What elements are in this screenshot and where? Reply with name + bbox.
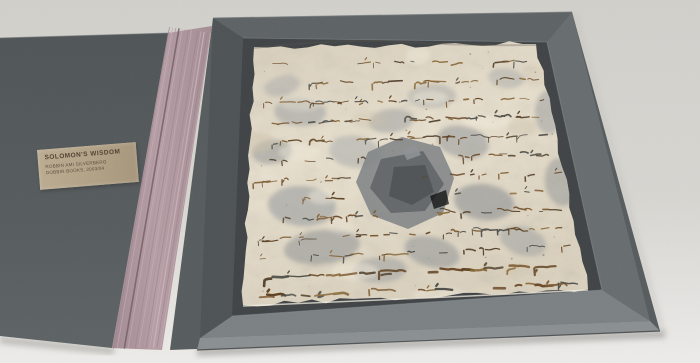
label-title-text: SOLOMON'S WISDOM [44,147,136,161]
photo-of-artist-book: SOLOMON'S WISDOM ROBBIN AMI SILVERBERG D… [0,0,700,363]
title-label: SOLOMON'S WISDOM ROBBIN AMI SILVERBERG D… [37,142,139,190]
label-small-text: ROBBIN AMI SILVERBERG DOBBIN BOOKS, 2003… [45,159,116,177]
